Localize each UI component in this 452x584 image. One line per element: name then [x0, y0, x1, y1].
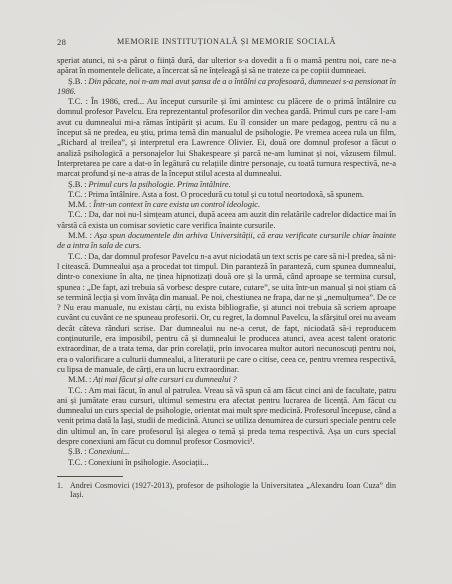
speaker-label: Ș.B. :: [68, 76, 88, 86]
page-header: 28 MEMORIE INSTITUȚIONALĂ ȘI MEMORIE SOC…: [57, 37, 396, 48]
dialogue-text: Primul curs la psihologie. Prima întâlni…: [88, 179, 230, 189]
speaker-label: T.C. :: [68, 457, 88, 467]
speaker-label: T.C. :: [68, 251, 88, 261]
dialogue-text: Prima întâlnire. Asta a fost. O procedur…: [88, 189, 364, 199]
page-number: 28: [57, 37, 66, 47]
footnote-text: Andrei Cosmovici (1927-2013), profesor d…: [70, 481, 396, 500]
dialogue-text: Ați mai făcut și alte cursuri cu dumneal…: [93, 374, 237, 384]
dialogue-text: speriat atunci, ni s-a părut o ființă du…: [57, 55, 396, 75]
dialogue-text: Da, dar domnul profesor Pavelcu n-a avut…: [57, 251, 396, 374]
dialogue-text: Da, dar noi nu-l simțeam atunci, după ac…: [57, 209, 396, 229]
dialogue-text: În 1986, cred... Au început cursurile și…: [57, 96, 396, 178]
footnote-separator: [57, 476, 123, 477]
dialogue-text: Din păcate, noi n-am mai avut șansa de a…: [57, 76, 396, 96]
dialogue-paragraph: T.C. : Da, dar domnul profesor Pavelcu n…: [57, 251, 396, 375]
dialogue-paragraph: T.C. : Conexiuni în psihologie. Asociați…: [57, 457, 396, 467]
dialogue-paragraph: Ș.B. : Din păcate, noi n-am mai avut șan…: [57, 76, 396, 97]
dialogue-text: Într-un context în care exista un contro…: [93, 199, 260, 209]
dialogue-paragraph: Ș.B. : Conexiuni...: [57, 446, 396, 456]
speaker-label: T.C. :: [68, 209, 89, 219]
dialogue-paragraph: T.C. : În 1986, cred... Au început cursu…: [57, 96, 396, 178]
running-title: MEMORIE INSTITUȚIONALĂ ȘI MEMORIE SOCIAL…: [57, 37, 396, 46]
dialogue-text: Așa spun documentele din arhiva Universi…: [57, 230, 396, 250]
dialogue-paragraph: M.M. : Ați mai făcut și alte cursuri cu …: [57, 374, 396, 384]
speaker-label: T.C. :: [68, 189, 88, 199]
speaker-label: Ș.B. :: [68, 446, 88, 456]
dialogue-paragraph: T.C. : Da, dar noi nu-l simțeam atunci, …: [57, 209, 396, 230]
dialogue-text: Conexiuni în psihologie. Asociații...: [88, 457, 208, 467]
speaker-label: Ș.B. :: [68, 179, 88, 189]
dialogue-paragraph: T.C. : Am mai făcut, în anul al patrulea…: [57, 385, 396, 447]
footnote-area: 1. Andrei Cosmovici (1927-2013), profeso…: [57, 476, 396, 500]
dialogue-paragraph: speriat atunci, ni s-a părut o ființă du…: [57, 55, 396, 76]
footnote: 1. Andrei Cosmovici (1927-2013), profeso…: [57, 481, 396, 500]
speaker-label: M.M. :: [68, 374, 93, 384]
speaker-label: T.C. :: [68, 96, 91, 106]
speaker-label: T.C. :: [68, 385, 88, 395]
dialogue-paragraph: Ș.B. : Primul curs la psihologie. Prima …: [57, 179, 396, 189]
dialogue-paragraph: M.M. : Într-un context în care exista un…: [57, 199, 396, 209]
book-page: 28 MEMORIE INSTITUȚIONALĂ ȘI MEMORIE SOC…: [0, 0, 452, 584]
dialogue-paragraph: M.M. : Așa spun documentele din arhiva U…: [57, 230, 396, 251]
speaker-label: M.M. :: [68, 230, 94, 240]
dialogue-body: speriat atunci, ni s-a părut o ființă du…: [57, 55, 396, 467]
dialogue-paragraph: T.C. : Prima întâlnire. Asta a fost. O p…: [57, 189, 396, 199]
dialogue-text: Conexiuni...: [88, 446, 129, 456]
footnote-marker: 1.: [57, 481, 70, 500]
dialogue-text: Am mai făcut, în anul al patrulea. Vreau…: [57, 385, 396, 446]
speaker-label: M.M. :: [68, 199, 93, 209]
